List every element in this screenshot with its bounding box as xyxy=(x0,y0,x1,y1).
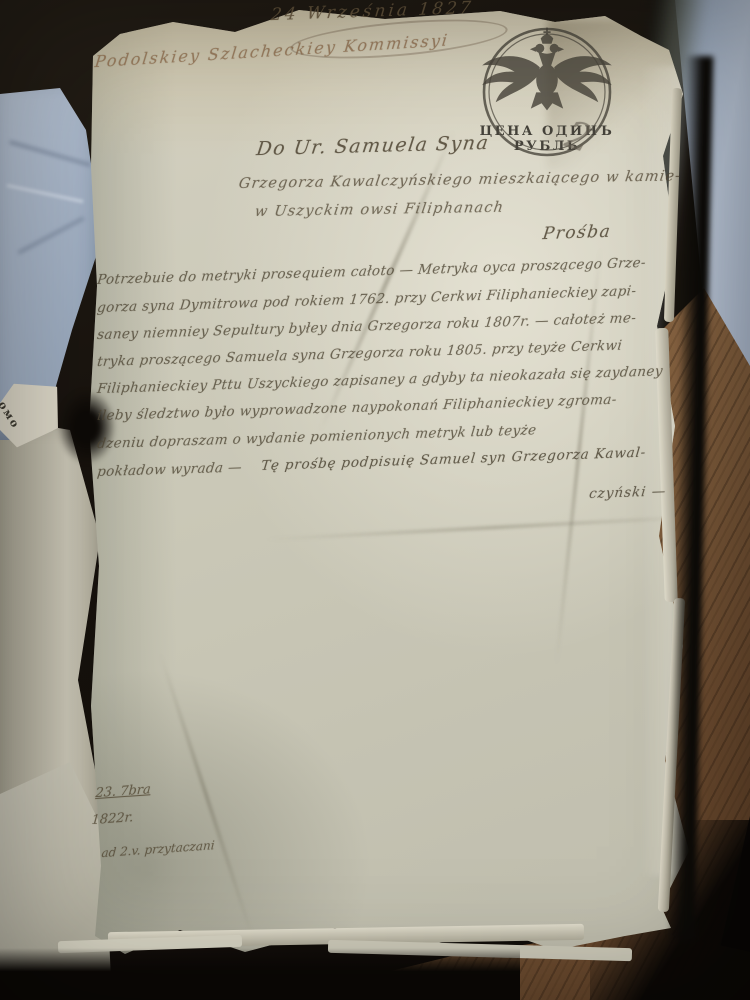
document-type-label: Prośba xyxy=(542,222,613,244)
signature-name: czyński — xyxy=(588,483,667,502)
crease-shadow xyxy=(9,140,91,166)
double-headed-eagle-icon xyxy=(482,28,612,111)
crease-line xyxy=(159,653,255,939)
crease-shadow xyxy=(18,217,85,254)
burn-hole xyxy=(58,390,116,464)
fragment-text: омо xyxy=(0,399,23,432)
crease-highlight xyxy=(7,184,84,203)
archival-note-year: 1822r. xyxy=(91,810,134,828)
bottom-shadow xyxy=(0,948,520,1000)
photograph-of-archival-petition: омо ЦЕНА ОДИНЪ xyxy=(0,0,750,1000)
